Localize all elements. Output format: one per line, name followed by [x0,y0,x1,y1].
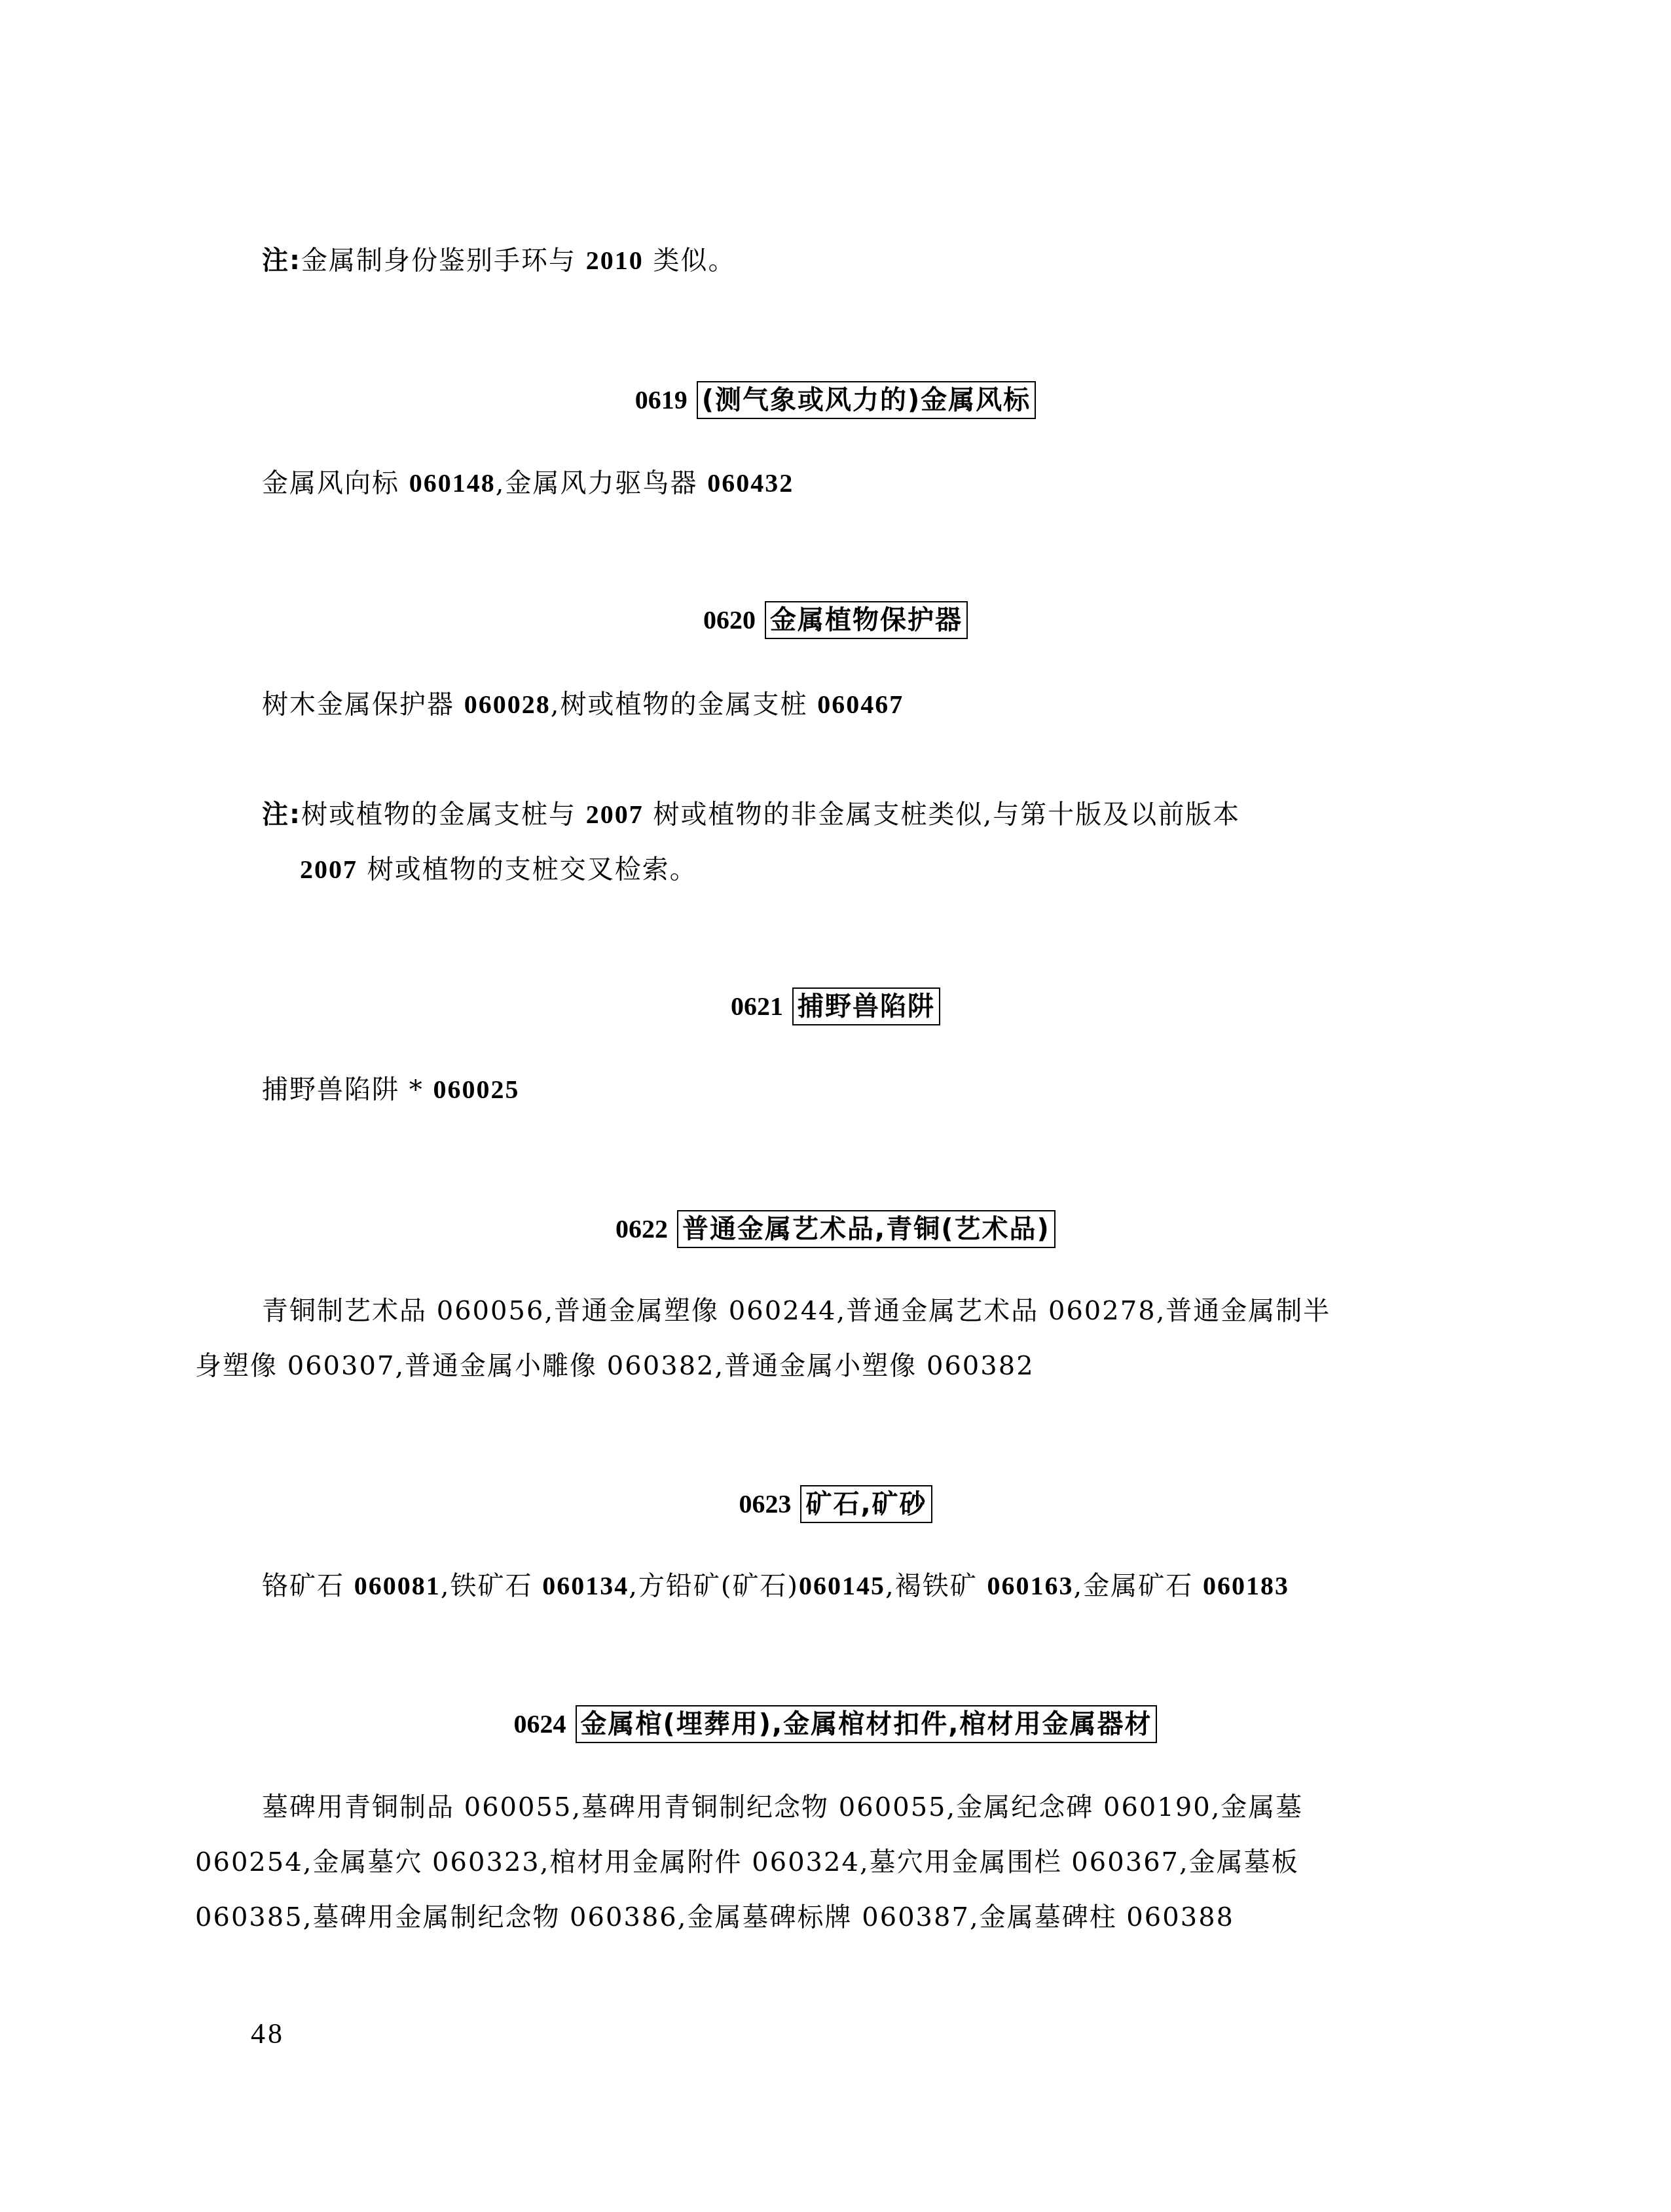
section-title: 普通金属艺术品,青铜(艺术品) [677,1210,1056,1248]
section-heading-0624: 0624金属棺(埋葬用),金属棺材扣件,棺材用金属器材 [0,1705,1671,1743]
note-2007-line2: 2007 树或植物的支桩交叉检索。 [300,851,1493,888]
section-code: 0619 [635,385,688,415]
section-code: 0620 [703,605,756,635]
section-code: 0622 [615,1214,668,1244]
section-title: 捕野兽陷阱 [792,987,940,1025]
section-items-0624-line2: 060254,金属墓穴 060323,棺材用金属附件 060324,墓穴用金属围… [195,1844,1388,1881]
section-code: 0624 [514,1709,566,1739]
page-number: 48 [251,2017,285,2050]
section-items-0624-line3: 060385,墓碑用金属制纪念物 060386,金属墓碑标牌 060387,金属… [195,1899,1388,1936]
section-heading-0623: 0623矿石,矿砂 [0,1485,1671,1523]
section-title: (测气象或风力的)金属风标 [697,381,1037,419]
section-items-0623: 铬矿石 060081,铁矿石 060134,方铅矿(矿石)060145,褐铁矿 … [262,1568,1455,1604]
section-items-0622-line2: 身塑像 060307,普通金属小雕像 060382,普通金属小塑像 060382 [195,1348,1388,1384]
section-items-0621: 捕野兽陷阱 * 060025 [262,1071,1455,1108]
section-items-0622-line1: 青铜制艺术品 060056,普通金属塑像 060244,普通金属艺术品 0602… [262,1293,1455,1329]
document-page: 注:金属制身份鉴别手环与 2010 类似。 0619(测气象或风力的)金属风标 … [0,0,1671,2212]
note-label: 注: [262,800,301,830]
section-heading-0619: 0619(测气象或风力的)金属风标 [0,381,1671,419]
section-title: 金属棺(埋葬用),金属棺材扣件,棺材用金属器材 [576,1705,1158,1743]
section-code: 0623 [739,1489,791,1519]
section-items-0624-line1: 墓碑用青铜制品 060055,墓碑用青铜制纪念物 060055,金属纪念碑 06… [262,1789,1455,1826]
section-title: 矿石,矿砂 [800,1485,932,1523]
section-items-0619: 金属风向标 060148,金属风力驱鸟器 060432 [262,465,1455,502]
section-heading-0622: 0622普通金属艺术品,青铜(艺术品) [0,1210,1671,1248]
note-2010: 注:金属制身份鉴别手环与 2010 类似。 [262,242,1455,279]
note-2007-line1: 注:树或植物的金属支桩与 2007 树或植物的非金属支桩类似,与第十版及以前版本 [262,796,1455,833]
note-label: 注: [262,246,301,276]
section-code: 0621 [731,991,783,1021]
section-items-0620: 树木金属保护器 060028,树或植物的金属支桩 060467 [262,686,1455,723]
section-heading-0621: 0621捕野兽陷阱 [0,987,1671,1025]
section-title: 金属植物保护器 [765,601,968,639]
section-heading-0620: 0620金属植物保护器 [0,601,1671,639]
